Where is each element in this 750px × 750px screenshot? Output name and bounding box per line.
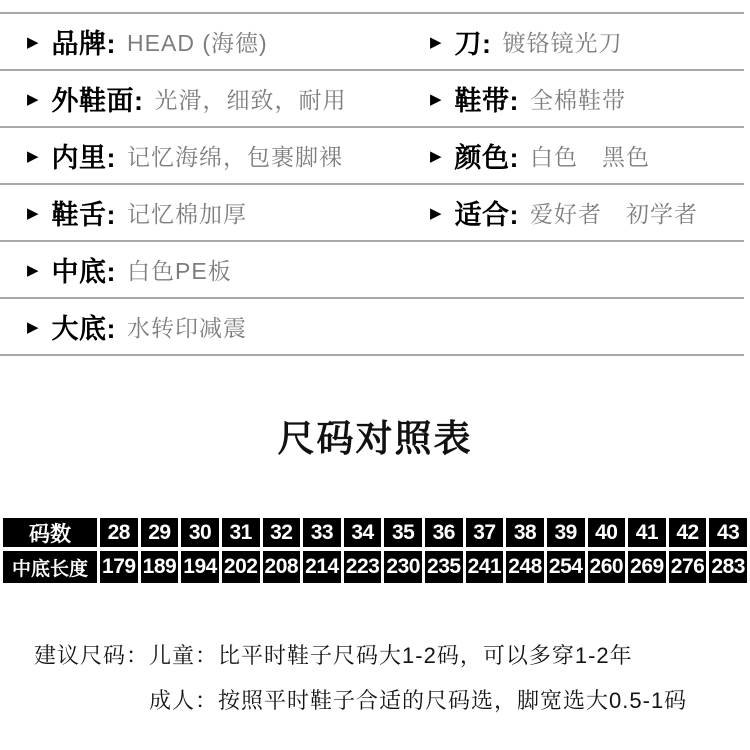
insole-length-cell: 223 [344,551,382,583]
spec-item-blade: ▶ 刀: 镀铬镜光刀 [372,22,744,61]
size-table: 码数 28 29 30 31 32 33 34 35 36 37 38 39 4… [3,518,747,583]
size-cell: 41 [628,518,666,547]
spec-label-outsole: 大底: [52,307,117,346]
size-cell: 36 [425,518,463,547]
product-spec-page: ▶ 品牌: HEAD (海德) ▶ 刀: 镀铬镜光刀 ▶ 外鞋面: 光滑，细致，… [0,12,750,729]
size-chart-title: 尺码对照表 [0,408,750,462]
triangle-bullet-icon: ▶ [27,149,39,164]
size-cell: 34 [344,518,382,547]
spec-row-2: ▶ 外鞋面: 光滑，细致，耐用 ▶ 鞋带: 全棉鞋带 [0,71,744,128]
spec-value-upper: 光滑，细致，耐用 [155,82,347,115]
triangle-bullet-icon: ▶ [27,320,39,335]
insole-length-cell: 208 [263,551,301,583]
advice-line-adults: 成人：按照平时鞋子合适的尺码选，脚宽选大0.5-1码 [149,684,687,715]
spec-value-midsole: 白色PE板 [127,253,232,286]
size-cell: 32 [263,518,301,547]
insole-length-cell: 276 [669,551,707,583]
insole-length-cell: 214 [303,551,341,583]
triangle-bullet-icon: ▶ [430,149,442,164]
advice-prefix-label: 建议尺码： [34,639,149,670]
spec-label-brand: 品牌: [52,22,117,61]
triangle-bullet-icon: ▶ [430,35,442,50]
size-cell: 42 [669,518,707,547]
size-cell: 31 [222,518,260,547]
advice-line-children: 儿童：比平时鞋子尺码大1-2码，可以多穿1-2年 [149,639,687,670]
spec-row-4: ▶ 鞋舌: 记忆棉加厚 ▶ 适合: 爱好者 初学者 [0,185,744,242]
spec-value-laces: 全棉鞋带 [530,82,626,115]
spec-item-color: ▶ 颜色: 白色 黑色 [372,136,744,175]
size-cell: 40 [588,518,626,547]
triangle-bullet-icon: ▶ [27,206,39,221]
triangle-bullet-icon: ▶ [27,35,39,50]
spec-value-suitable: 爱好者 初学者 [530,196,698,229]
advice-children-text: 比平时鞋子尺码大1-2码，可以多穿1-2年 [218,643,633,668]
spec-label-blade: 刀: [455,22,492,61]
spec-label-laces: 鞋带: [455,79,520,118]
triangle-bullet-icon: ▶ [430,92,442,107]
size-cell: 39 [547,518,585,547]
size-cell: 38 [506,518,544,547]
spec-row-6: ▶ 大底: 水转印减震 [0,299,744,356]
insole-length-cell: 179 [100,551,138,583]
insole-length-cell: 189 [141,551,179,583]
advice-children-label: 儿童： [149,643,218,668]
spec-value-color: 白色 黑色 [530,139,650,172]
size-cell: 29 [141,518,179,547]
spec-label-color: 颜色: [455,136,520,175]
spec-item-tongue: ▶ 鞋舌: 记忆棉加厚 [0,193,372,232]
triangle-bullet-icon: ▶ [27,263,39,278]
spec-value-blade: 镀铬镜光刀 [503,25,623,58]
advice-adults-text: 按照平时鞋子合适的尺码选，脚宽选大0.5-1码 [218,688,687,713]
size-row-header: 码数 [3,518,97,547]
insole-length-cell: 230 [384,551,422,583]
size-cell: 28 [100,518,138,547]
insole-length-cell: 194 [181,551,219,583]
advice-lines: 儿童：比平时鞋子尺码大1-2码，可以多穿1-2年 成人：按照平时鞋子合适的尺码选… [149,639,687,729]
spec-item-lining: ▶ 内里: 记忆海绵，包裹脚裸 [0,136,372,175]
insole-length-cell: 241 [466,551,504,583]
spec-row-1: ▶ 品牌: HEAD (海德) ▶ 刀: 镀铬镜光刀 [0,14,744,71]
size-cell: 37 [466,518,504,547]
size-advice: 建议尺码： 儿童：比平时鞋子尺码大1-2码，可以多穿1-2年 成人：按照平时鞋子… [0,639,750,729]
triangle-bullet-icon: ▶ [27,92,39,107]
triangle-bullet-icon: ▶ [430,206,442,221]
spec-label-suitable: 适合: [455,193,520,232]
spec-value-tongue: 记忆棉加厚 [127,196,247,229]
advice-adults-label: 成人： [149,688,218,713]
size-cell: 30 [181,518,219,547]
size-cell: 33 [303,518,341,547]
insole-length-cell: 248 [506,551,544,583]
spec-item-laces: ▶ 鞋带: 全棉鞋带 [372,79,744,118]
spec-value-lining: 记忆海绵，包裹脚裸 [127,139,343,172]
insole-length-cell: 202 [222,551,260,583]
size-cell: 35 [384,518,422,547]
spec-label-upper: 外鞋面: [52,79,144,118]
spec-value-brand: HEAD (海德) [127,25,268,58]
insole-length-cell: 269 [628,551,666,583]
spec-item-suitable: ▶ 适合: 爱好者 初学者 [372,193,744,232]
insole-length-cell: 235 [425,551,463,583]
spec-label-lining: 内里: [52,136,117,175]
spec-list: ▶ 品牌: HEAD (海德) ▶ 刀: 镀铬镜光刀 ▶ 外鞋面: 光滑，细致，… [0,12,744,356]
spec-value-outsole: 水转印减震 [127,310,247,343]
spec-row-3: ▶ 内里: 记忆海绵，包裹脚裸 ▶ 颜色: 白色 黑色 [0,128,744,185]
insole-length-row-header: 中底长度 [3,551,97,583]
spec-label-tongue: 鞋舌: [52,193,117,232]
spec-item-midsole: ▶ 中底: 白色PE板 [0,250,372,289]
spec-label-midsole: 中底: [52,250,117,289]
size-cell: 43 [709,518,747,547]
spec-item-upper: ▶ 外鞋面: 光滑，细致，耐用 [0,79,372,118]
spec-item-outsole: ▶ 大底: 水转印减震 [0,307,372,346]
spec-row-5: ▶ 中底: 白色PE板 [0,242,744,299]
insole-length-cell: 254 [547,551,585,583]
spec-item-brand: ▶ 品牌: HEAD (海德) [0,22,372,61]
insole-length-cell: 260 [588,551,626,583]
insole-length-cell: 283 [709,551,747,583]
